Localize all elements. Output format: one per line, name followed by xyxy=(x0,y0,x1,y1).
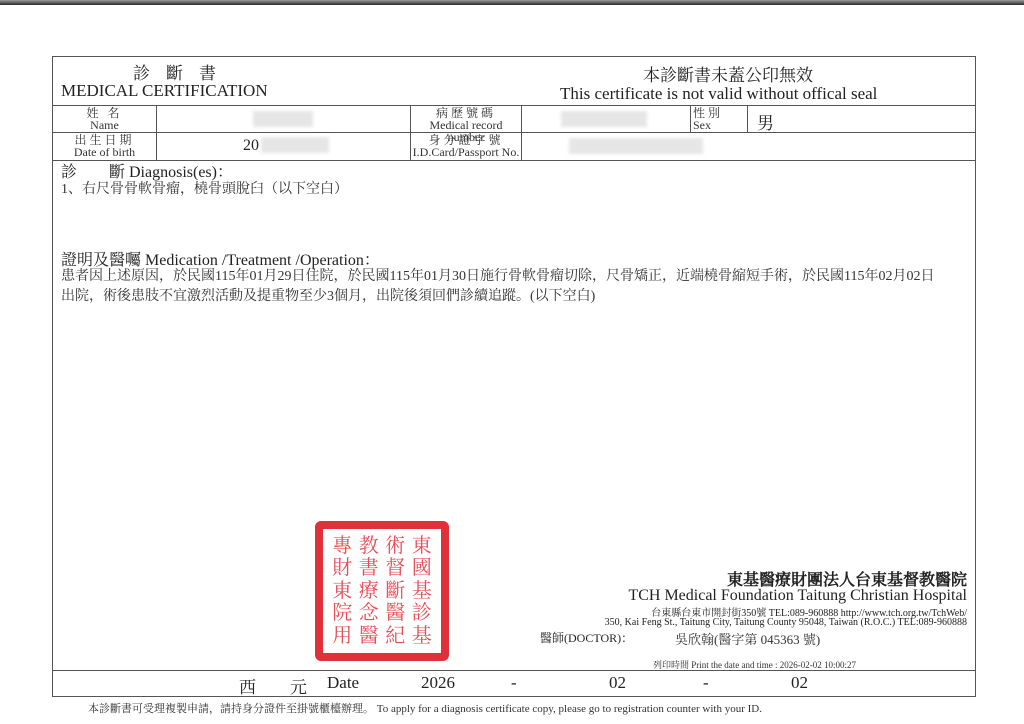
dob-value-redacted xyxy=(261,137,329,153)
doctor-name: 吳欣翰(醫字第 045363 號) xyxy=(675,629,820,648)
stamp-character: 基 xyxy=(409,580,436,602)
sex-label: 性別 Sex xyxy=(693,107,723,131)
stamp-character: 國 xyxy=(409,557,436,579)
record-value-redacted xyxy=(561,111,647,127)
name-label-en: Name xyxy=(53,119,156,131)
stamp-character: 東 xyxy=(329,580,356,602)
sex-label-en: Sex xyxy=(693,119,723,131)
diagnosis-text: 1、右尺骨骨軟骨瘤，橈骨頭脫臼（以下空白） xyxy=(61,178,348,198)
divider xyxy=(690,105,691,132)
stamp-character: 督 xyxy=(382,557,409,579)
stamp-character: 診 xyxy=(409,602,436,624)
treatment-line-2: 出院，術後患肢不宜激烈活動及提重物至少3個月，出院後須回們診續追蹤。(以下空白) xyxy=(61,287,971,307)
sex-value: 男 xyxy=(757,109,774,134)
divider xyxy=(53,670,975,671)
divider xyxy=(156,105,157,160)
dob-label-en: Date of birth xyxy=(53,146,156,158)
stamp-character: 醫 xyxy=(356,625,383,647)
medical-certificate: 診斷書 MEDICAL CERTIFICATION 本診斷書未蓋公印無效 Thi… xyxy=(52,56,976,697)
seal-notice-english: This certificate is not valid without of… xyxy=(560,84,877,104)
stamp-character: 東 xyxy=(409,535,436,557)
stamp-character: 書 xyxy=(356,557,383,579)
stamp-character: 用 xyxy=(329,625,356,647)
scan-top-edge xyxy=(0,0,1024,5)
stamp-character: 斷 xyxy=(382,580,409,602)
stamp-characters: 專教術東財書督國東療斷基院念醫診用醫紀基 xyxy=(329,535,435,647)
copy-request-footnote: 本診斷書可受理複製申請，請持身分證件至掛號櫃檯辦理。 To apply for … xyxy=(88,700,762,716)
stamp-character: 教 xyxy=(356,535,383,557)
dob-value: 20 xyxy=(243,137,259,155)
divider xyxy=(747,105,748,132)
stamp-character: 醫 xyxy=(382,602,409,624)
hospital-name-en: TCH Medical Foundation Taitung Christian… xyxy=(628,587,967,605)
date-year: 2026 xyxy=(421,673,455,693)
date-separator: - xyxy=(511,673,517,693)
stamp-character: 療 xyxy=(356,580,383,602)
treatment-line-1: 患者因上述原因，於民國115年01月29日住院，於民國115年01月30日施行骨… xyxy=(61,267,971,287)
id-value-redacted xyxy=(569,138,703,154)
title-english: MEDICAL CERTIFICATION xyxy=(61,81,268,101)
divider xyxy=(53,105,975,106)
hospital-address-en: 350, Kai Feng St., Taitung City, Taitung… xyxy=(605,617,967,628)
name-label: 姓 名 Name xyxy=(53,107,156,131)
divider xyxy=(521,105,522,160)
name-value-redacted xyxy=(253,111,313,127)
stamp-character: 財 xyxy=(329,557,356,579)
stamp-character: 紀 xyxy=(382,625,409,647)
official-seal-stamp: 專教術東財書督國東療斷基院念醫診用醫紀基 xyxy=(315,521,449,661)
date-label-en: Date xyxy=(327,673,359,693)
treatment-text: 患者因上述原因，於民國115年01月29日住院，於民國115年01月30日施行骨… xyxy=(61,267,971,307)
seal-notice-chinese: 本診斷書未蓋公印無效 xyxy=(643,61,813,86)
date-separator: - xyxy=(703,673,709,693)
dob-label: 出生日期 Date of birth xyxy=(53,134,156,158)
stamp-character: 念 xyxy=(356,602,383,624)
id-label: 身分證字號 I.D.Card/Passport No. xyxy=(411,134,521,158)
stamp-character: 術 xyxy=(382,535,409,557)
stamp-character: 基 xyxy=(409,625,436,647)
date-day: 02 xyxy=(791,673,808,693)
doctor-label: 醫師(DOCTOR)： xyxy=(540,629,633,646)
stamp-character: 院 xyxy=(329,602,356,624)
date-month: 02 xyxy=(609,673,626,693)
date-label-cn: 西 元 xyxy=(239,673,307,698)
id-label-en: I.D.Card/Passport No. xyxy=(411,146,521,158)
stamp-character: 專 xyxy=(329,535,356,557)
